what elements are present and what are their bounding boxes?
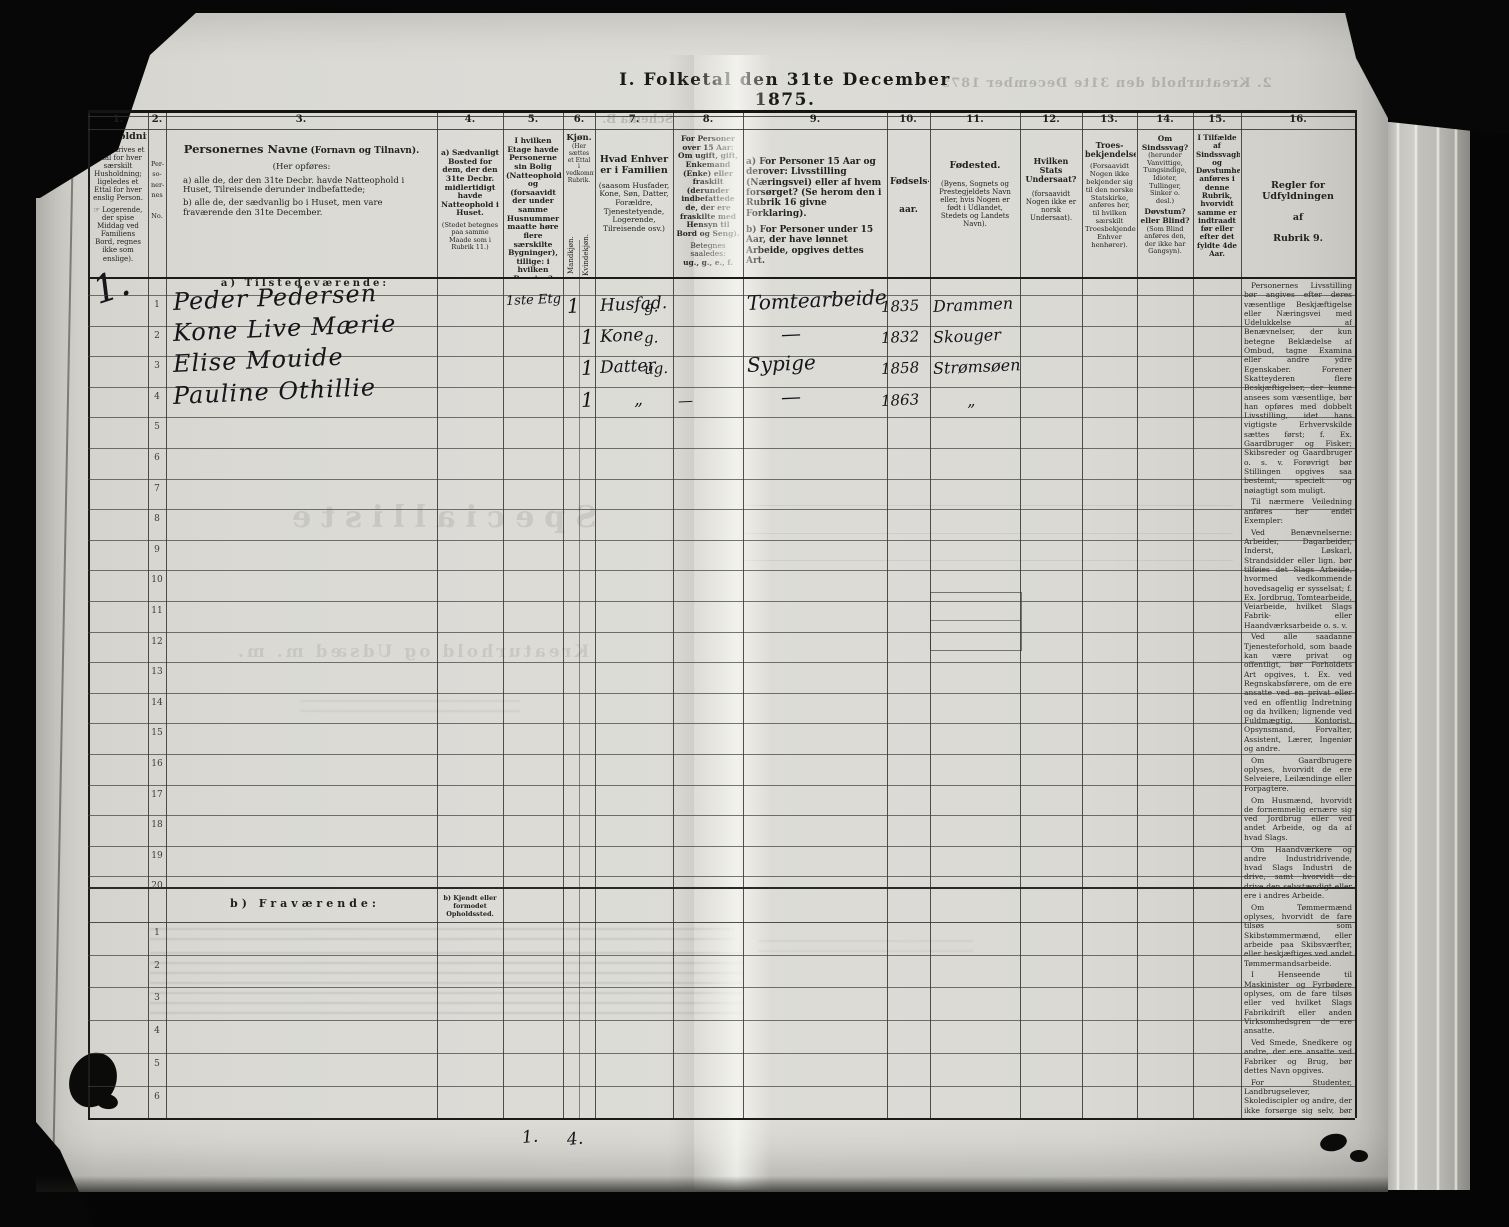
grid-hline bbox=[88, 1086, 1355, 1087]
col7-note: (saasom Husfader, Kone, Søn, Datter, For… bbox=[598, 182, 670, 234]
grid-vline bbox=[1241, 110, 1242, 1118]
col8-note: Betegnes saaledes: bbox=[676, 242, 740, 259]
bleedthrough-text-block bbox=[758, 940, 973, 952]
entry-born: 1863 bbox=[881, 390, 920, 410]
col3-item-b: b) alle de, der sædvanlig bo i Huset, me… bbox=[169, 199, 434, 219]
column-number: 4. bbox=[450, 114, 490, 128]
column-number: 3. bbox=[281, 114, 321, 128]
grid-hline bbox=[88, 723, 1355, 724]
column-number: 1. bbox=[98, 114, 138, 128]
row-number: 2 bbox=[148, 961, 166, 971]
column-header-7-familien: Hvad Enhver er i Familien (saasom Husfad… bbox=[596, 129, 672, 277]
bleedthrough-specialliste: Specialliste bbox=[282, 500, 597, 535]
grid-vline bbox=[503, 110, 504, 1118]
grid-vline bbox=[743, 110, 744, 1118]
column-number: 16. bbox=[1278, 114, 1318, 128]
grid-hline bbox=[88, 1118, 1355, 1120]
row-number: 13 bbox=[148, 667, 166, 677]
grid-vline bbox=[1020, 110, 1021, 1118]
row-number: 12 bbox=[148, 637, 166, 647]
col14-n1: (herunder Vanvittige, Tungsindige, Idiot… bbox=[1140, 152, 1190, 205]
column-number: 8. bbox=[688, 114, 728, 128]
rules-paragraph: Personernes Livsstilling bør angives eft… bbox=[1244, 281, 1352, 495]
entry-born: 1835 bbox=[881, 296, 920, 316]
col14-t1: Om Sindssvag? bbox=[1140, 135, 1190, 152]
grid-hline bbox=[88, 601, 1355, 602]
grid-hline bbox=[88, 876, 1355, 877]
col13-note: (Forsaavidt Nogen ikke bekjender sig til… bbox=[1085, 163, 1134, 249]
column-number: 6. bbox=[559, 114, 599, 128]
grid-hline bbox=[88, 448, 1355, 449]
row-number: 4 bbox=[148, 1026, 166, 1036]
grid-hline bbox=[88, 129, 1355, 130]
entry-status: g. bbox=[644, 297, 659, 316]
grid-hline bbox=[88, 1020, 1355, 1021]
grid-vline bbox=[88, 110, 90, 1118]
row-number: 18 bbox=[148, 820, 166, 830]
col6-sub-mandkjoen: Mandkjøn. bbox=[567, 200, 575, 274]
grid-hline bbox=[88, 570, 1355, 571]
col5-text: I hvilken Etage havde Personerne sin Bol… bbox=[506, 137, 560, 277]
column-number: 13. bbox=[1089, 114, 1129, 128]
entry-occupation: Sypige bbox=[746, 350, 816, 377]
grid-hline bbox=[88, 846, 1355, 847]
rules-paragraph: For Studenter, Landbrugselever, Skoledis… bbox=[1244, 1078, 1352, 1115]
entry-status: ug. bbox=[644, 359, 669, 378]
row-number: 8 bbox=[148, 514, 166, 524]
column-header-5-etage: I hvilken Etage havde Personerne sin Bol… bbox=[504, 129, 562, 277]
grid-vline bbox=[930, 110, 931, 1118]
bleedthrough-grid bbox=[743, 495, 1233, 565]
row-number: 16 bbox=[148, 759, 166, 769]
row-number: 11 bbox=[148, 606, 166, 616]
col11-note: (Byens, Sognets og Prestegjeldets Navn e… bbox=[933, 180, 1017, 228]
column-number: 14. bbox=[1145, 114, 1185, 128]
col13-title: Troes-bekjendelse. bbox=[1085, 141, 1134, 159]
column-header-14-sindssvag: Om Sindssvag? (herunder Vanvittige, Tung… bbox=[1138, 129, 1192, 277]
row-number: 14 bbox=[148, 698, 166, 708]
scan-background-bottom bbox=[0, 1192, 1509, 1227]
rules-paragraph: Om Gaardbrugere oplyses, hvorvidt de ere… bbox=[1244, 756, 1352, 793]
bleedthrough-text-block bbox=[150, 928, 735, 942]
entry-female: 1 bbox=[580, 355, 594, 380]
row-number: 19 bbox=[148, 851, 166, 861]
grid-hline bbox=[88, 815, 1355, 816]
column-number: 10. bbox=[888, 114, 928, 128]
col6-note: (Her sættes et Ettal i vedkommende Rubri… bbox=[566, 144, 592, 185]
col7-title: Hvad Enhver er i Familien bbox=[598, 155, 670, 177]
entry-birthplace: Drammen bbox=[933, 294, 1014, 316]
col12-note: (forsaavidt Nogen ikke er norsk Undersaa… bbox=[1023, 190, 1079, 222]
entry-born: 1858 bbox=[881, 358, 920, 378]
col3-lead: (Her opføres: bbox=[169, 163, 434, 173]
column-number: 9. bbox=[795, 114, 835, 128]
col3-title2: (Fornavn og Tilnavn). bbox=[311, 146, 420, 156]
column-header-2-personernes-no: Per- so- ner- nes No. bbox=[149, 129, 165, 277]
grid-hline bbox=[88, 509, 1355, 510]
page-title: I. Folketal den 31te December 1875. bbox=[600, 70, 970, 110]
col14-n2: (Som Blind anføres den, der ikke har Gan… bbox=[1140, 226, 1190, 256]
row-number: 1 bbox=[148, 928, 166, 938]
col2-line: No. bbox=[151, 211, 163, 221]
section-b-label: b) Fraværende: bbox=[200, 897, 410, 910]
entry-occupation: — bbox=[780, 384, 801, 409]
rules-paragraph: Om Husmænd, hvorvidt de fornemmelig ernæ… bbox=[1244, 796, 1352, 842]
entry-family: „ bbox=[634, 390, 644, 410]
col2-line: ner- bbox=[151, 180, 163, 190]
rules-paragraph: Ved Smede, Snedkere og andre, der ere an… bbox=[1244, 1038, 1352, 1075]
grid-hline bbox=[88, 693, 1355, 694]
column-number: 11. bbox=[955, 114, 995, 128]
entry-female: 1 bbox=[580, 324, 594, 349]
column-header-13-troesbekjendelse: Troes-bekjendelse. (Forsaavidt Nogen ikk… bbox=[1083, 129, 1136, 277]
row-number: 6 bbox=[148, 1092, 166, 1102]
column-header-11-foedested: Fødested. (Byens, Sognets og Prestegjeld… bbox=[931, 129, 1019, 277]
col4-text: a) Sædvanligt Bosted for dem, der den 31… bbox=[440, 149, 500, 218]
rules-paragraph: Til nærmere Veiledning anføres her endel… bbox=[1244, 497, 1352, 525]
grid-hline bbox=[88, 955, 1355, 956]
row-number: 1 bbox=[148, 300, 166, 310]
row-number: 3 bbox=[148, 993, 166, 1003]
total-persons: 4. bbox=[566, 1129, 584, 1150]
grid-hline bbox=[88, 1053, 1355, 1054]
col2-line: nes bbox=[151, 190, 163, 200]
entry-status: g. bbox=[644, 328, 659, 347]
grid-hline bbox=[88, 277, 1355, 279]
rules-paragraph: Ved Benævnelserne: Arbeider, Dagarbeider… bbox=[1244, 528, 1352, 630]
row-number: 2 bbox=[148, 331, 166, 341]
grid-hline bbox=[88, 479, 1355, 480]
section-b-note: b) Kjendt eller formodet Opholdssted. bbox=[439, 894, 501, 918]
column-header-12-statsborgerskab: Hvilken Stats Undersaat? (forsaavidt Nog… bbox=[1021, 129, 1081, 277]
col6-sub-kvindekjoen: Kvindekjøn. bbox=[582, 196, 590, 276]
entry-male: 1 bbox=[566, 293, 580, 318]
grid-vline bbox=[166, 110, 167, 1118]
bleedthrough-kreaturhold: Kreaturhold og Udsæd m. m. bbox=[235, 642, 589, 662]
grid-vline bbox=[1355, 110, 1357, 1118]
column-header-10-foedselsaar: Fødsels- aar. bbox=[888, 129, 929, 277]
grid-hline bbox=[88, 540, 1355, 541]
census-scan-page: { "page": { "title": "I. Folketal den 31… bbox=[0, 0, 1509, 1227]
bleedthrough-text-block bbox=[150, 952, 742, 1014]
row-number: 10 bbox=[148, 575, 166, 585]
col16-line2: af bbox=[1244, 213, 1352, 224]
column-header-8-civilstand: For Personer over 15 Aar: Om ugift, gift… bbox=[674, 129, 742, 277]
row-number: 15 bbox=[148, 728, 166, 738]
row-number: 6 bbox=[148, 453, 166, 463]
col1-note2: ☞ Logerende, der spise Middag ved Famili… bbox=[91, 206, 145, 262]
col8-codes: ug., g., e., f. bbox=[676, 259, 740, 268]
row-number: 17 bbox=[148, 790, 166, 800]
col9-item-b: b) For Personer under 15 Aar, der have l… bbox=[746, 225, 884, 266]
column-number: 15. bbox=[1197, 114, 1237, 128]
entry-female: 1 bbox=[580, 387, 594, 412]
grid-hline bbox=[88, 417, 1355, 418]
column-number: 7. bbox=[614, 114, 654, 128]
grid-hline bbox=[88, 110, 1355, 113]
grid-vline bbox=[1193, 110, 1194, 1118]
grid-vline bbox=[563, 110, 564, 1118]
grid-hline bbox=[88, 887, 1355, 889]
entry-birthplace: „ bbox=[967, 391, 976, 410]
entry-floor: 1ste Etg bbox=[506, 292, 562, 309]
column-header-15-tilfaelde: I Tilfælde af Sindssvaghed og Døvstumhed… bbox=[1194, 129, 1240, 277]
grid-vline bbox=[673, 110, 674, 1118]
row-number: 9 bbox=[148, 545, 166, 555]
entry-occupation: — bbox=[780, 321, 801, 346]
entry-status: — bbox=[678, 391, 694, 410]
entry-family: Kone bbox=[600, 325, 644, 347]
column-header-9-livsstilling: a) For Personer 15 Aar og derover: Livss… bbox=[744, 129, 886, 277]
row-number: 7 bbox=[148, 484, 166, 494]
ink-blob bbox=[1350, 1150, 1368, 1162]
grid-hline bbox=[88, 632, 1355, 633]
col4-note: (Stedet betegnes paa samme Maade som i R… bbox=[440, 222, 500, 252]
col8-text: For Personer over 15 Aar: Om ugift, gift… bbox=[676, 135, 740, 239]
col10-line1: Fødsels- bbox=[890, 177, 927, 187]
col3-title: Personernes Navne bbox=[184, 142, 308, 156]
col12-title: Hvilken Stats Undersaat? bbox=[1023, 157, 1079, 185]
row-number: 4 bbox=[148, 392, 166, 402]
rules-paragraph: Om Haandværkere og andre Industridrivend… bbox=[1244, 845, 1352, 901]
col15-text: I Tilfælde af Sindssvaghed og Døvstumhed… bbox=[1196, 134, 1238, 258]
grid-vline bbox=[887, 110, 888, 1118]
grid-vline bbox=[437, 110, 438, 1118]
row-number: 20 bbox=[148, 881, 166, 891]
grid-vline bbox=[1082, 110, 1083, 1118]
col16-line1: Regler for Udfyldningen bbox=[1244, 181, 1352, 203]
grid-vline bbox=[1137, 110, 1138, 1118]
row-number: 5 bbox=[148, 1059, 166, 1069]
column-number: 12. bbox=[1031, 114, 1071, 128]
column-header-16-regler: Regler for Udfyldningen af Rubrik 9. bbox=[1242, 129, 1354, 277]
col2-line: Per- bbox=[151, 159, 163, 169]
rules-paragraph: Om Tømmermænd oplyses, hvorvidt de fare … bbox=[1244, 903, 1352, 968]
col9-item-a: a) For Personer 15 Aar og derover: Livss… bbox=[746, 157, 884, 219]
entry-birthplace: Strømsøen bbox=[933, 355, 1021, 378]
bleedthrough-text-block bbox=[300, 700, 520, 712]
row-number: 5 bbox=[148, 422, 166, 432]
col11-title: Fødested. bbox=[933, 161, 1017, 172]
bleedthrough-box-divider bbox=[930, 620, 1020, 621]
col10-line2: aar. bbox=[890, 205, 927, 215]
col2-line: so- bbox=[151, 169, 163, 179]
entry-born: 1832 bbox=[881, 327, 920, 347]
bleedthrough-mirrored-title: 2. Kreaturhold den 31te December 1875 bbox=[940, 76, 1272, 91]
page-bottom-shadow bbox=[36, 1176, 1388, 1192]
scan-background-right bbox=[1470, 0, 1509, 1227]
row-number: 3 bbox=[148, 361, 166, 371]
column-header-3-navne: Personernes Navne (Fornavn og Tilnavn). … bbox=[167, 129, 436, 277]
grid-hline bbox=[88, 785, 1355, 786]
grid-hline bbox=[88, 662, 1355, 663]
grid-hline bbox=[88, 922, 1355, 923]
col3-item-a: a) alle de, der den 31te Decbr. havde Na… bbox=[169, 177, 434, 197]
grid-hline bbox=[88, 754, 1355, 755]
column-number: 2. bbox=[137, 114, 177, 128]
entry-birthplace: Skouger bbox=[933, 325, 1002, 347]
page-stack-edge bbox=[1388, 122, 1470, 1190]
total-households: 1. bbox=[521, 1127, 539, 1148]
grid-vline bbox=[595, 110, 596, 1118]
rules-for-rubrik-9-text: Personernes Livsstilling bør angives eft… bbox=[1244, 281, 1352, 1115]
col16-line3: Rubrik 9. bbox=[1244, 234, 1352, 245]
col14-t2: Døvstum? eller Blind? bbox=[1140, 208, 1190, 225]
grid-vline-kjoen-split bbox=[579, 240, 580, 1118]
grid-hline bbox=[88, 987, 1355, 988]
rules-paragraph: I Henseende til Maskinister og Fyrbødere… bbox=[1244, 970, 1352, 1035]
scan-background-top bbox=[0, 0, 1509, 13]
column-header-4-bosted: a) Sædvanligt Bosted for dem, der den 31… bbox=[438, 129, 502, 277]
column-number: 5. bbox=[513, 114, 553, 128]
